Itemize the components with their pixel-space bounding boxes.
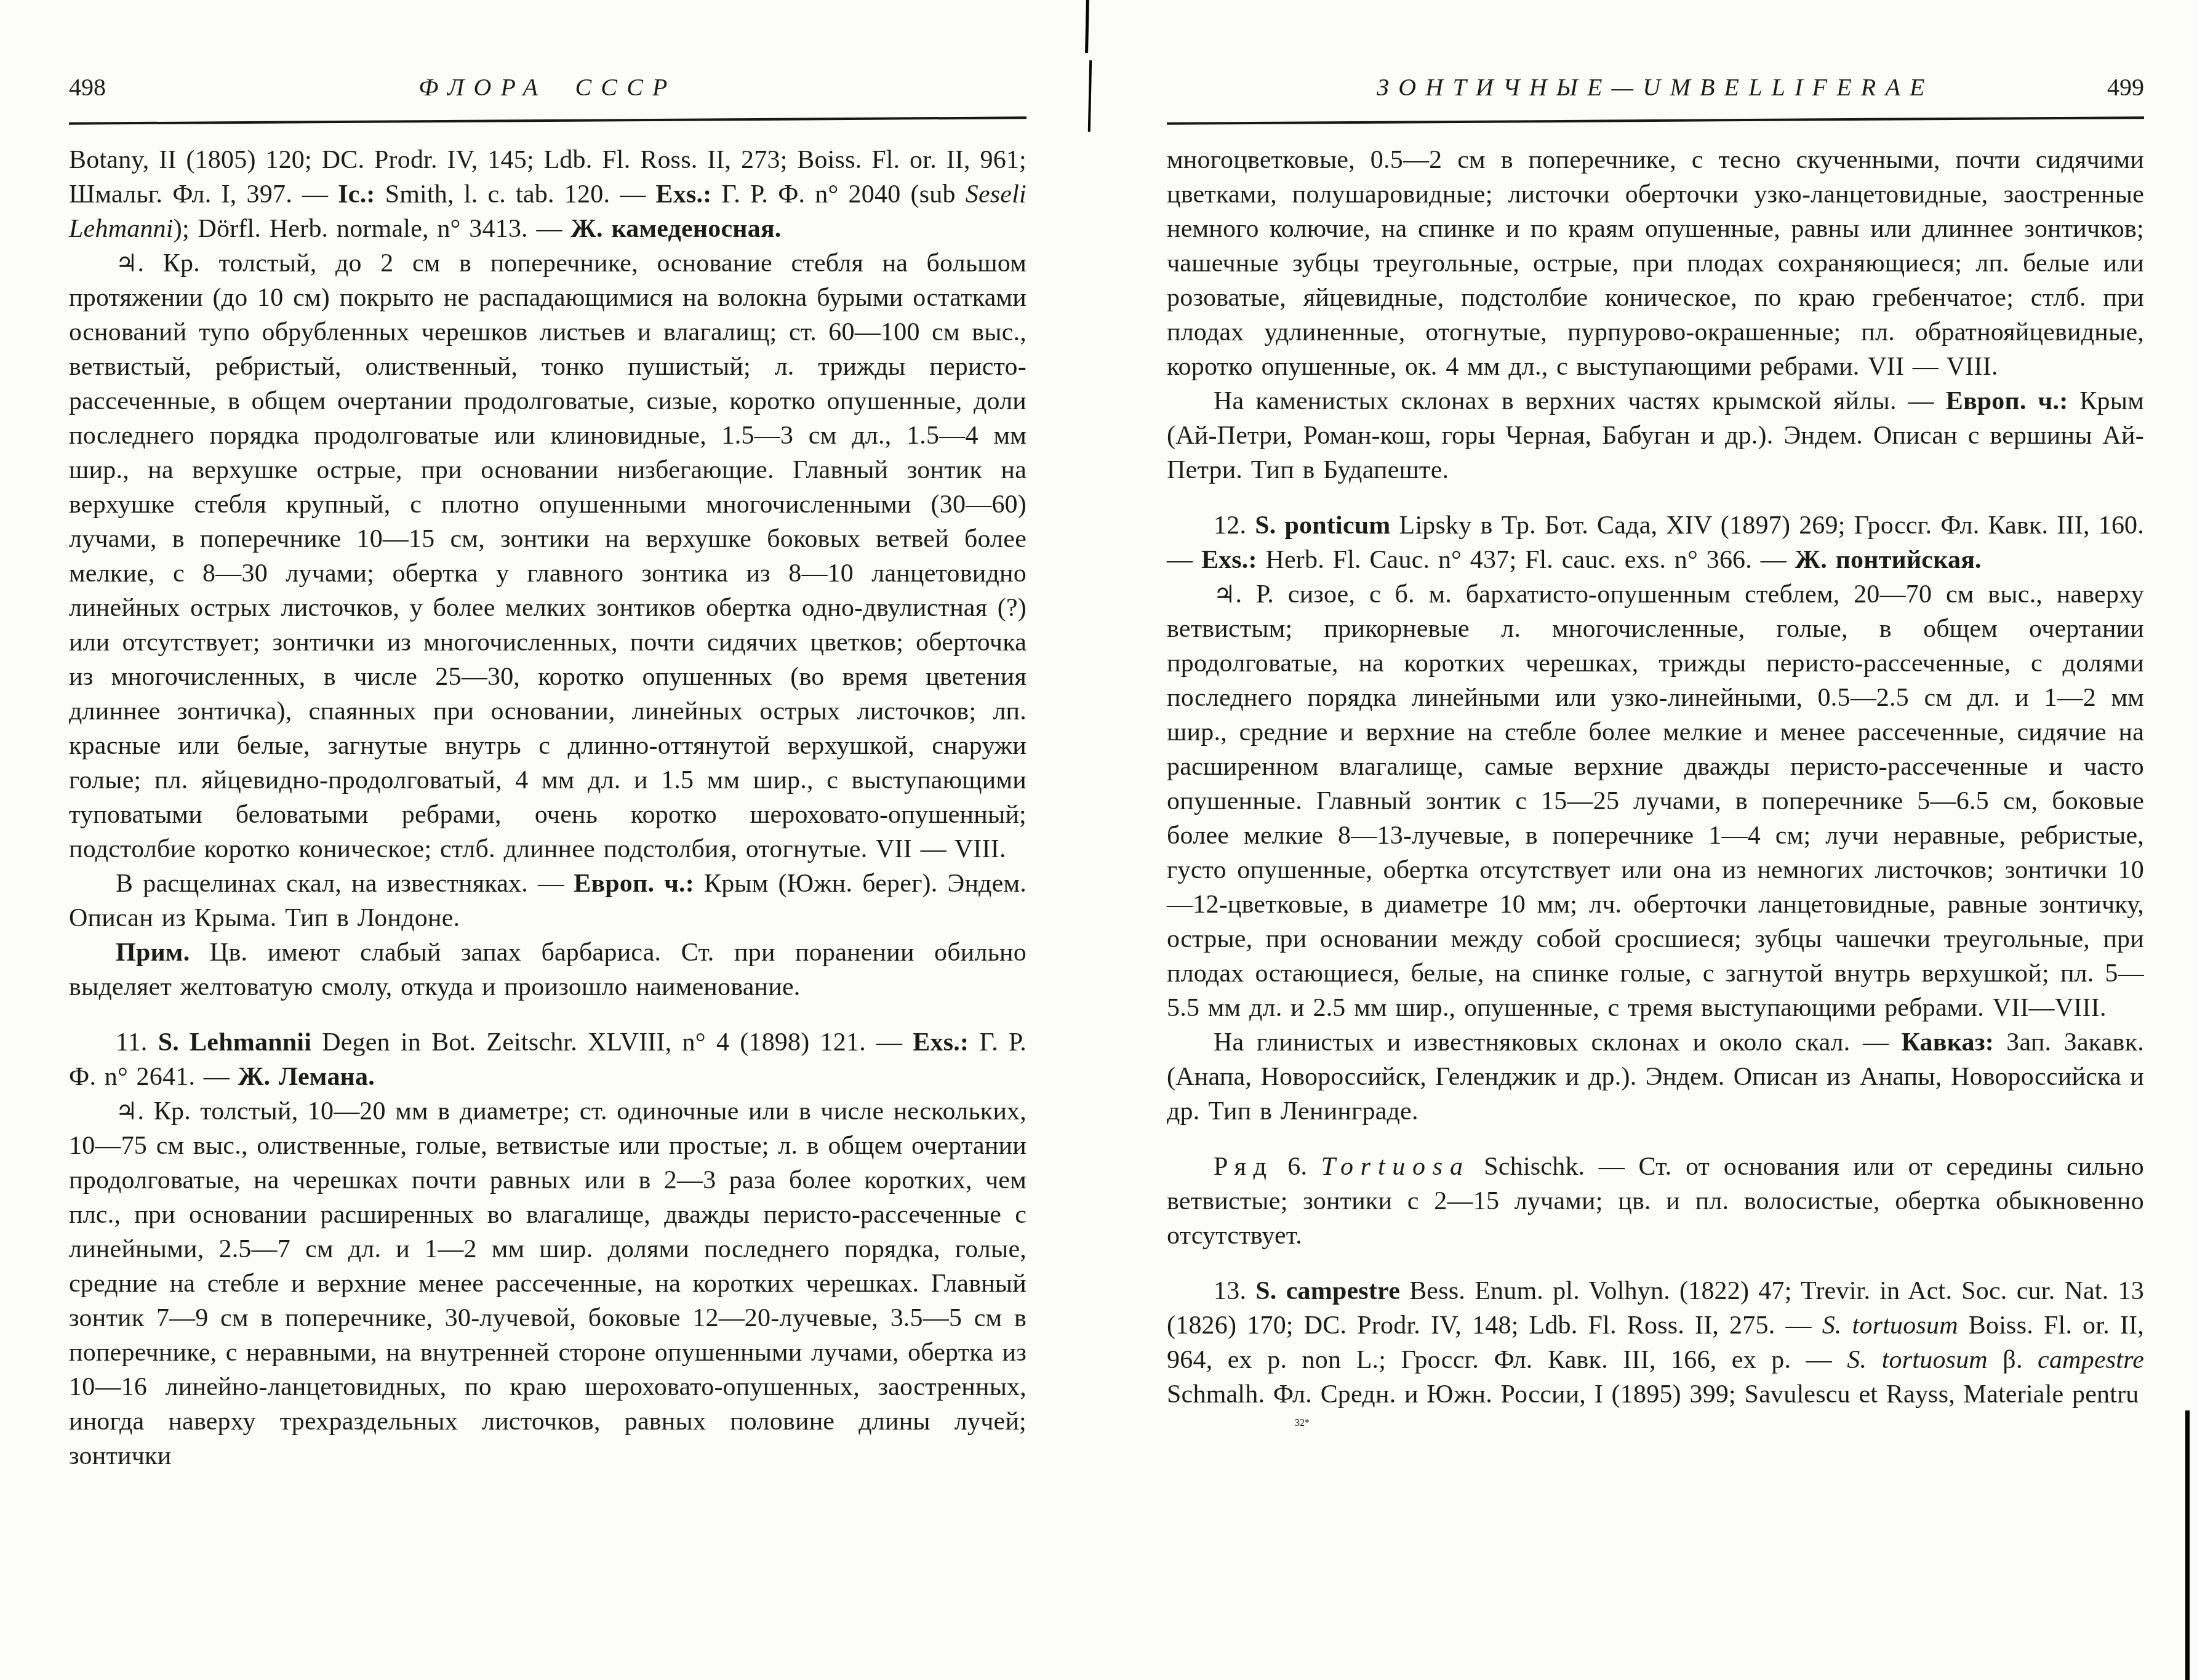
text-run: Прим.	[116, 938, 190, 967]
page-number: 499	[2107, 73, 2144, 102]
text-run: На глинистых и известняковых склонах и о…	[1214, 1028, 1901, 1057]
head-rule	[1167, 116, 2144, 125]
text-run: 12.	[1214, 511, 1255, 540]
text-run: ); Dörfl. Herb. normale, n° 3413. —	[174, 215, 571, 243]
text-run: 11.	[116, 1028, 158, 1057]
paragraph-note: Прим. Цв. имеют слабый запах барбариса. …	[69, 935, 1026, 1004]
text-run: β.	[1988, 1346, 2038, 1374]
text-run: Европ. ч.:	[1946, 387, 2068, 415]
gutter-fold-line	[1088, 60, 1092, 132]
book-scan: { "pages": [ { "side": "left", "page_num…	[0, 0, 2197, 1680]
paragraph-species-13-heading: 13. S. campestre Bess. Enum. pl. Volhyn.…	[1167, 1274, 2144, 1412]
scan-edge-line	[2185, 1410, 2190, 1680]
paragraph-description-10: ♃. Кр. толстый, до 2 см в поперечнике, о…	[69, 246, 1026, 866]
text-run: 6.	[1274, 1153, 1321, 1181]
running-head: 498 ФЛОРА СССР	[69, 73, 1026, 113]
head-rule	[69, 116, 1026, 125]
paragraph-habitat-10: В расщелинах скал, на известняках. — Евр…	[69, 866, 1026, 935]
text-run: Exs.:	[1201, 546, 1257, 574]
paragraph-species-11-heading: 11. S. Lehmannii Degen in Bot. Zeitschr.…	[69, 1025, 1026, 1094]
page-left: 498 ФЛОРА СССР Botany, II (1805) 120; DC…	[69, 73, 1026, 1473]
text-run: Smith, l. c. tab. 120. —	[375, 180, 656, 209]
text-run: 13.	[1214, 1277, 1255, 1305]
paragraph-species-12-heading: 12. S. ponticum Lipsky в Тр. Бот. Сада, …	[1167, 508, 2144, 577]
text-run: Exs.:	[656, 180, 712, 209]
text-run: Ряд	[1214, 1153, 1274, 1181]
perennial-sign-icon: ♃	[1214, 580, 1236, 609]
page-right: ЗОНТИЧНЫЕ—UMBELLIFERAE 499 многоцветковы…	[1167, 73, 2144, 1439]
text-run: Schmalh. Фл. Средн. и Южн. России, I (18…	[1167, 1380, 2139, 1409]
species-name: S. campestre	[1255, 1277, 1400, 1305]
russian-species-name: Ж. Лемана.	[238, 1063, 375, 1091]
text-run: Г. Р. Ф. n° 2040 (sub	[711, 180, 965, 209]
text-run: Degen in Bot. Zeitschr. XLVIII, n° 4 (18…	[311, 1028, 913, 1057]
text-run: В расщелинах скал, на известняках. —	[116, 870, 574, 898]
paragraph-series-6: Ряд 6. Tortuosa Schischk. — Ст. от основ…	[1167, 1150, 2144, 1253]
russian-species-name: Ж. камеденосная.	[570, 215, 781, 243]
text-run: Кавказ:	[1901, 1028, 1993, 1057]
species-name: S. Lehmannii	[158, 1028, 311, 1057]
species-name: S. tortuosum	[1822, 1311, 1958, 1340]
paragraph-description-12: ♃. Р. сизое, с б. м. бархатисто-опушенны…	[1167, 577, 2144, 1025]
text-run: . Кр. толстый, до 2 см в поперечнике, ос…	[69, 249, 1026, 863]
text-run: Exs.:	[913, 1028, 969, 1057]
text-run: . Р. сизое, с б. м. бархатисто-опушенным…	[1167, 580, 2144, 1022]
russian-species-name: Ж. понтийская.	[1795, 546, 1982, 574]
paragraph-description-continuation: многоцветковые, 0.5—2 см в поперечнике, …	[1167, 143, 2144, 384]
paragraph-description-11: ♃. Кр. толстый, 10—20 мм в диаметре; ст.…	[69, 1094, 1026, 1473]
species-name: S. ponticum	[1255, 511, 1390, 540]
running-head: ЗОНТИЧНЫЕ—UMBELLIFERAE 499	[1167, 73, 2144, 113]
series-name: Tortuosa	[1321, 1153, 1470, 1181]
species-name: campestre	[2038, 1346, 2144, 1374]
perennial-sign-icon: ♃	[116, 249, 138, 278]
running-title: ЗОНТИЧНЫЕ—UMBELLIFERAE	[1167, 73, 2144, 102]
paragraph-references-continuation: Botany, II (1805) 120; DC. Prodr. IV, 14…	[69, 143, 1026, 246]
species-name: S. tortuosum	[1847, 1346, 1988, 1374]
text-run: На каменистых склонах в верхних частях к…	[1214, 387, 1946, 415]
page-body-left: Botany, II (1805) 120; DC. Prodr. IV, 14…	[69, 143, 1026, 1473]
page-body-right: многоцветковые, 0.5—2 см в поперечнике, …	[1167, 143, 2144, 1412]
text-run: Европ. ч.:	[574, 870, 694, 898]
text-run: Herb. Fl. Cauc. n° 437; Fl. cauc. exs. n…	[1257, 546, 1795, 574]
paragraph-habitat-11: На каменистых склонах в верхних частях к…	[1167, 384, 2144, 487]
gutter-fold-line	[1085, 0, 1089, 53]
text-run: Ic.:	[338, 180, 375, 209]
text-run: . Кр. толстый, 10—20 мм в диаметре; ст. …	[69, 1097, 1026, 1470]
perennial-sign-icon: ♃	[116, 1097, 138, 1126]
running-title: ФЛОРА СССР	[69, 73, 1026, 102]
text-run: Цв. имеют слабый запах барбариса. Ст. пр…	[69, 938, 1026, 1001]
text-run: многоцветковые, 0.5—2 см в поперечнике, …	[1167, 146, 2144, 381]
paragraph-habitat-12: На глинистых и известняковых склонах и о…	[1167, 1025, 2144, 1129]
signature-mark: 32*	[1295, 1418, 2144, 1429]
